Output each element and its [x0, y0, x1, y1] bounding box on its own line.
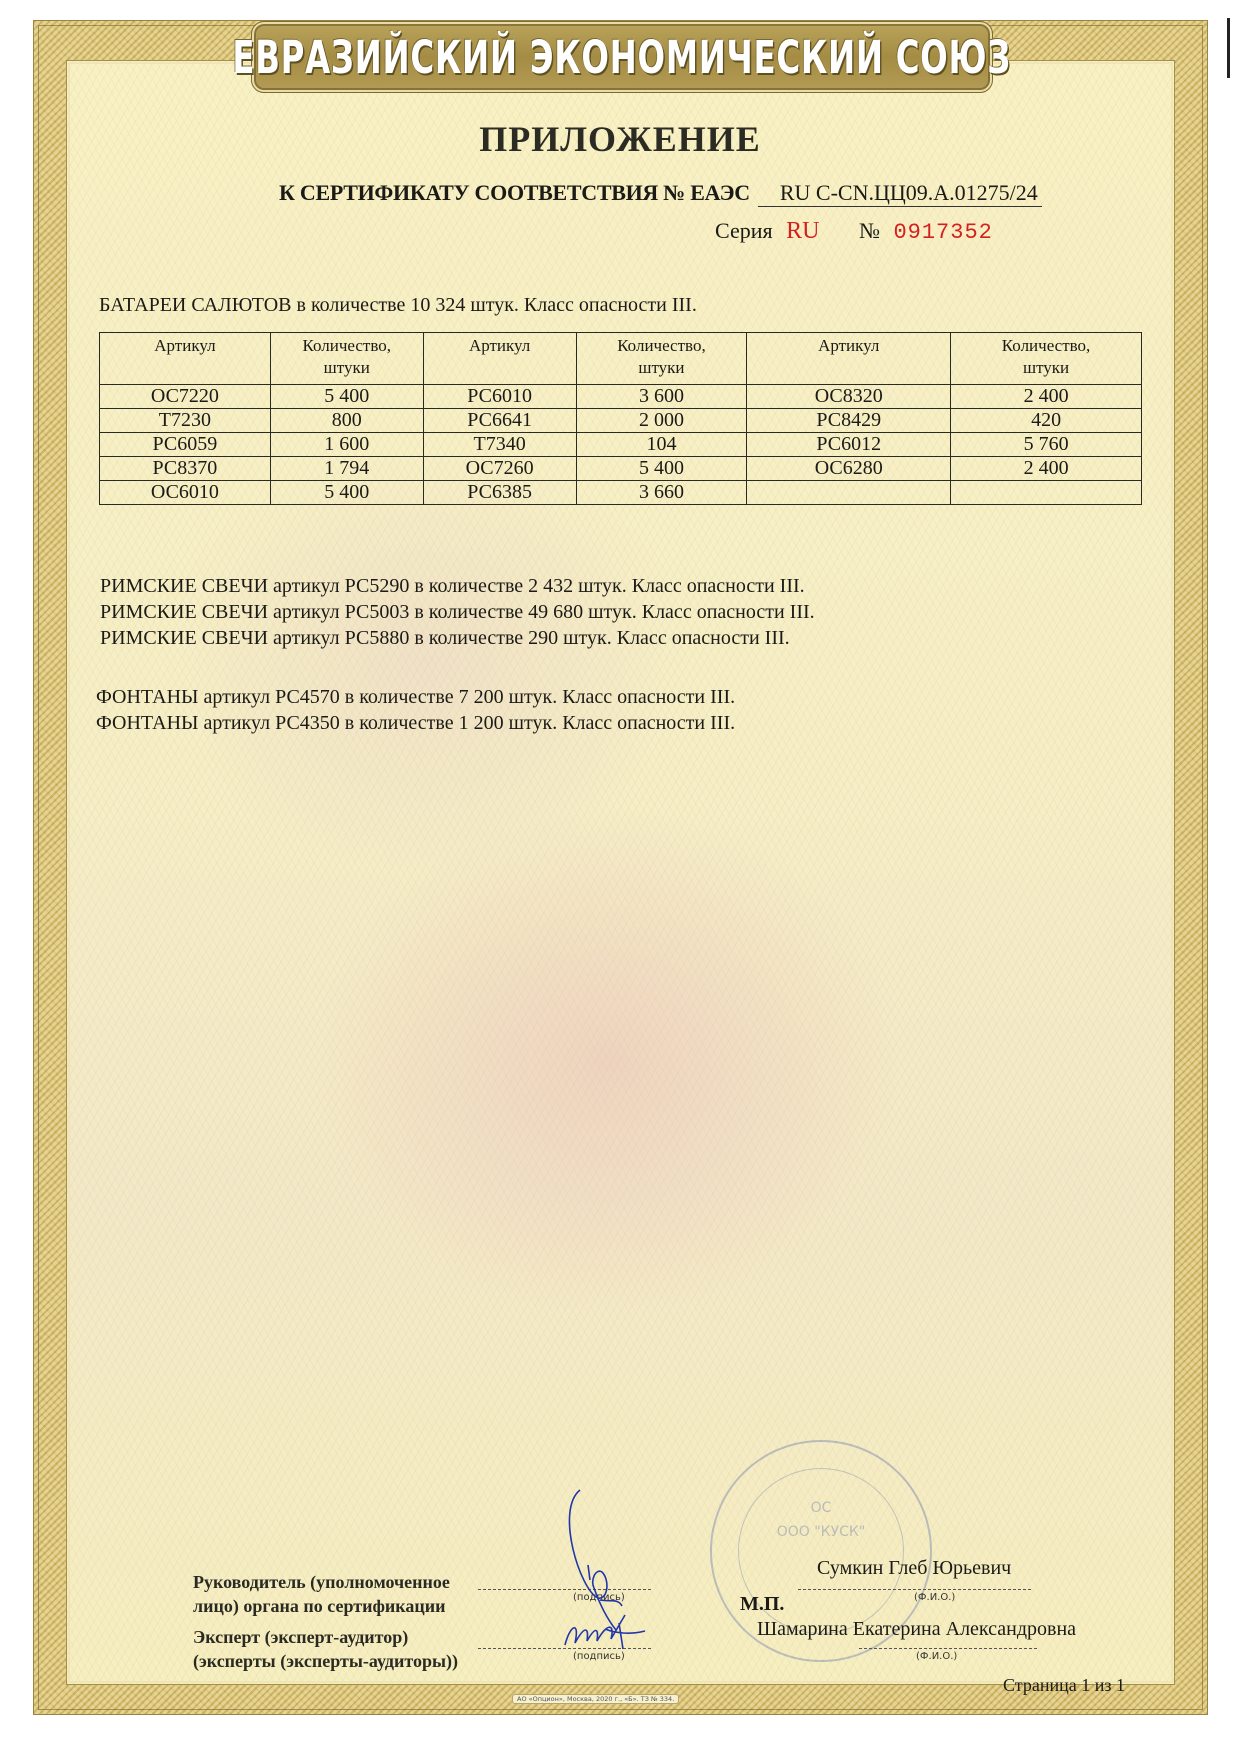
article-cell: РС6059: [100, 433, 271, 457]
quantity-cell: 5 760: [951, 433, 1142, 457]
series-value: RU: [786, 218, 819, 244]
scan-edge-mark: [1227, 18, 1230, 78]
table-row: РС60591 600 Т7340104 РС60125 760: [100, 433, 1142, 457]
list-item: РИМСКИЕ СВЕЧИ артикул РС5290 в количеств…: [100, 573, 815, 599]
article-cell: ОС6280: [747, 457, 951, 481]
page-number: Страница 1 из 1: [1003, 1675, 1125, 1696]
expert-label: Эксперт (эксперт-аудитор) (эксперты (экс…: [193, 1625, 458, 1673]
table-row: ОС60105 400 РС63853 660: [100, 481, 1142, 505]
article-cell: Т7230: [100, 409, 271, 433]
article-cell: РС6385: [423, 481, 576, 505]
batteries-heading: БАТАРЕИ САЛЮТОВ в количестве 10 324 штук…: [99, 294, 697, 317]
column-header: Количество,штуки: [951, 333, 1142, 385]
article-cell: [747, 481, 951, 505]
table-row: ОС72205 400 РС60103 600 ОС83202 400: [100, 385, 1142, 409]
expert-name-line: [859, 1648, 1037, 1649]
quantity-cell: 104: [576, 433, 747, 457]
printer-imprint: АО «Опцион», Москва, 2020 г., «Б». ТЗ № …: [512, 1694, 679, 1704]
column-header: Количество,штуки: [576, 333, 747, 385]
quantity-cell: 800: [270, 409, 423, 433]
column-header: Артикул: [423, 333, 576, 385]
article-cell: РС8429: [747, 409, 951, 433]
expert-name: Шамарина Екатерина Александровна: [757, 1618, 1076, 1641]
list-item: ФОНТАНЫ артикул РС4570 в количестве 7 20…: [96, 684, 735, 710]
quantity-cell: 2 400: [951, 385, 1142, 409]
list-item: ФОНТАНЫ артикул РС4350 в количестве 1 20…: [96, 710, 735, 736]
list-item: РИМСКИЕ СВЕЧИ артикул РС5880 в количеств…: [100, 625, 815, 651]
quantity-cell: 5 400: [270, 481, 423, 505]
column-header: Артикул: [747, 333, 951, 385]
article-cell: ОС8320: [747, 385, 951, 409]
head-name-line: [798, 1589, 1031, 1590]
column-header: Артикул: [100, 333, 271, 385]
head-label: Руководитель (уполномоченное лицо) орган…: [193, 1570, 450, 1618]
list-item: РИМСКИЕ СВЕЧИ артикул РС5003 в количеств…: [100, 599, 815, 625]
banner-text: ЕВРАЗИЙСКИЙ ЭКОНОМИЧЕСКИЙ СОЮЗ: [233, 31, 1012, 84]
article-cell: Т7340: [423, 433, 576, 457]
stamp-org-text: ООО "КУСК": [712, 1524, 930, 1540]
article-cell: РС6010: [423, 385, 576, 409]
form-series: Серия RU № 0917352: [715, 218, 993, 245]
document-title: ПРИЛОЖЕНИЕ: [0, 118, 1240, 160]
article-cell: ОС7260: [423, 457, 576, 481]
head-name-caption: (Ф.И.О.): [914, 1592, 955, 1603]
stamp-center-text: ОС: [712, 1500, 930, 1516]
quantity-cell: 2 000: [576, 409, 747, 433]
seal-place-label: М.П.: [740, 1593, 784, 1616]
expert-name-caption: (Ф.И.О.): [916, 1651, 957, 1662]
article-cell: ОС7220: [100, 385, 271, 409]
table-row: РС83701 794 ОС72605 400 ОС62802 400: [100, 457, 1142, 481]
certificate-prefix: К СЕРТИФИКАТУ СООТВЕТСТВИЯ № ЕАЭС: [279, 180, 750, 205]
table-row: Т7230800 РС66412 000 РС8429420: [100, 409, 1142, 433]
fountains-list: ФОНТАНЫ артикул РС4570 в количестве 7 20…: [96, 684, 735, 736]
quantity-cell: 1 794: [270, 457, 423, 481]
quantity-cell: [951, 481, 1142, 505]
quantity-cell: 3 660: [576, 481, 747, 505]
quantity-cell: 2 400: [951, 457, 1142, 481]
article-cell: РС6012: [747, 433, 951, 457]
series-label: Серия: [715, 218, 773, 243]
head-name: Сумкин Глеб Юрьевич: [817, 1557, 1011, 1580]
quantity-cell: 3 600: [576, 385, 747, 409]
batteries-table: Артикул Количество,штуки Артикул Количес…: [99, 332, 1142, 505]
quantity-cell: 1 600: [270, 433, 423, 457]
table-header-row: Артикул Количество,штуки Артикул Количес…: [100, 333, 1142, 385]
article-cell: РС8370: [100, 457, 271, 481]
quantity-cell: 5 400: [270, 385, 423, 409]
expert-signature-icon: [555, 1605, 665, 1655]
certificate-number: RU C-CN.ЦЦ09.А.01275/24: [758, 180, 1042, 207]
certificate-reference: К СЕРТИФИКАТУ СООТВЕТСТВИЯ № ЕАЭСRU C-CN…: [279, 180, 1042, 207]
article-cell: РС6641: [423, 409, 576, 433]
roman-candles-list: РИМСКИЕ СВЕЧИ артикул РС5290 в количеств…: [100, 573, 815, 651]
quantity-cell: 5 400: [576, 457, 747, 481]
column-header: Количество,штуки: [270, 333, 423, 385]
form-number: 0917352: [893, 220, 992, 245]
quantity-cell: 420: [951, 409, 1142, 433]
article-cell: ОС6010: [100, 481, 271, 505]
union-banner: ЕВРАЗИЙСКИЙ ЭКОНОМИЧЕСКИЙ СОЮЗ: [252, 22, 992, 92]
number-label: №: [859, 218, 880, 243]
